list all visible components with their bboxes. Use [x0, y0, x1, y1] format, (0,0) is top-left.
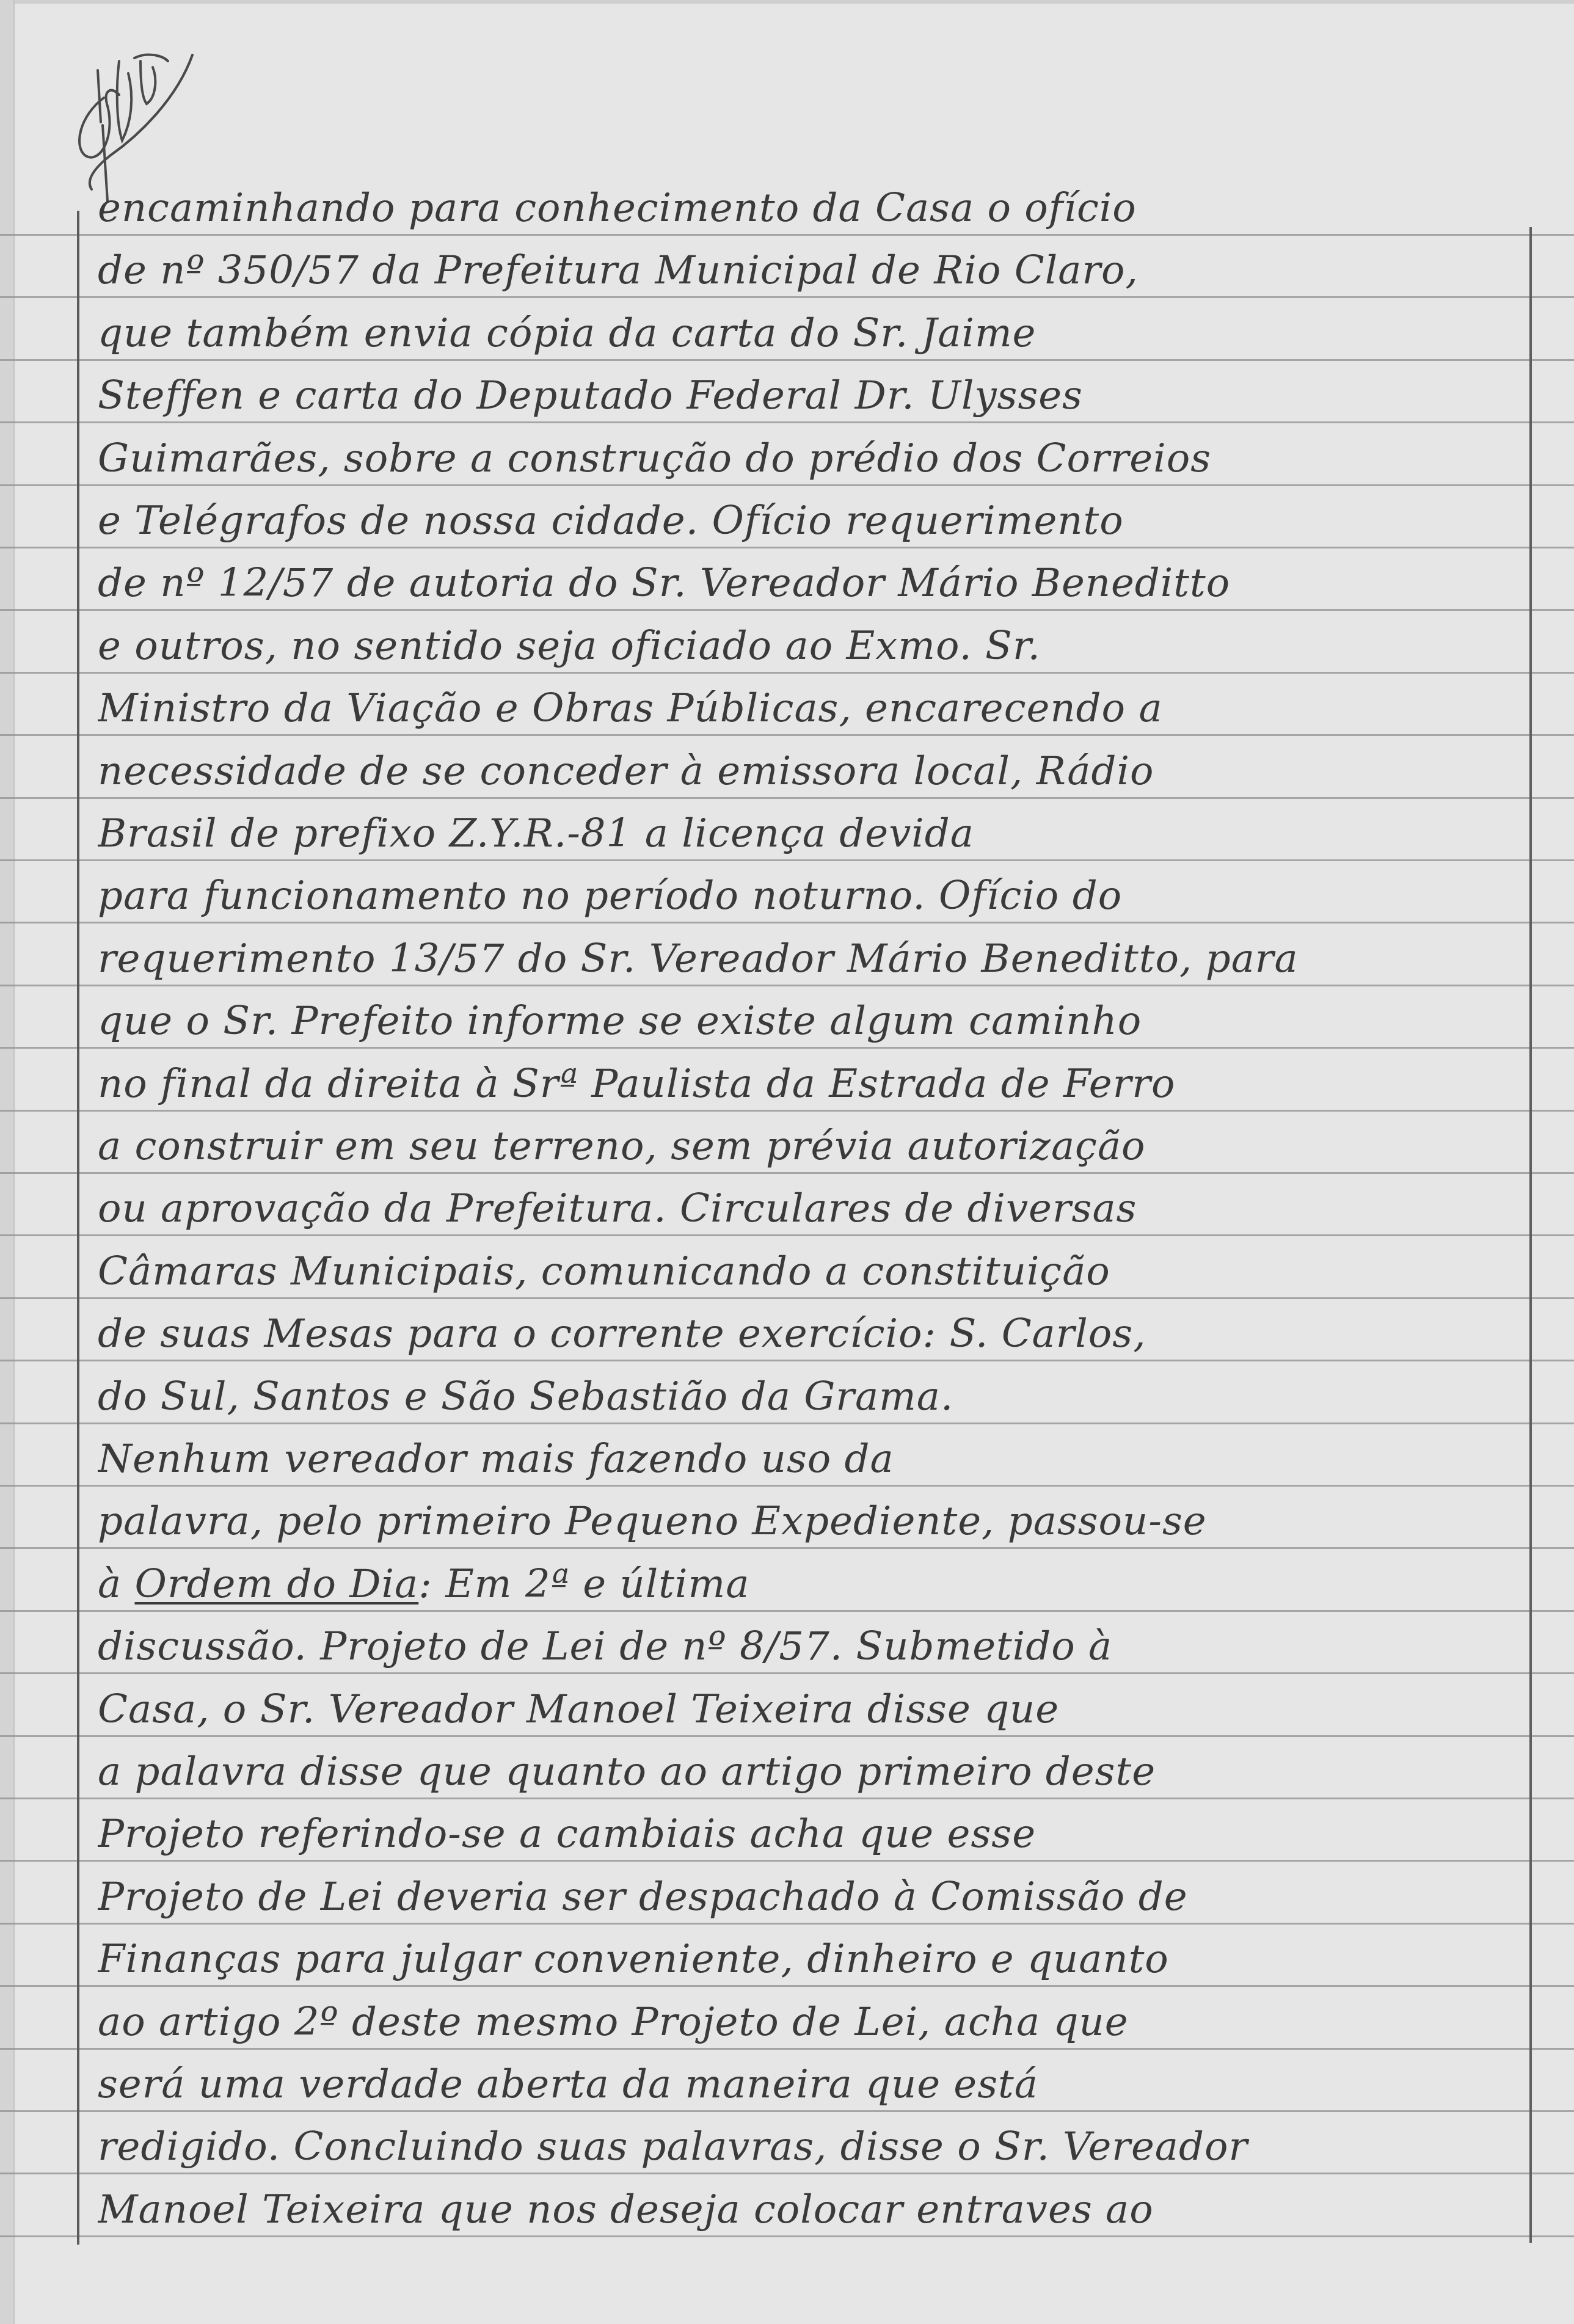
handwritten-line: no final da direita à Srª Paulista da Es… [98, 1054, 1521, 1115]
handwritten-line: à Ordem do Dia: Em 2ª e última [98, 1554, 1521, 1615]
handwritten-line: Ministro da Viação e Obras Públicas, enc… [98, 678, 1521, 739]
page-binding-shadow [13, 0, 15, 2324]
handwritten-line: discussão. Projeto de Lei de nº 8/57. Su… [98, 1616, 1521, 1677]
handwritten-line: Casa, o Sr. Vereador Manoel Teixeira dis… [98, 1679, 1521, 1740]
handwritten-line: e outros, no sentido seja oficiado ao Ex… [98, 616, 1521, 677]
page-binding-edge [0, 0, 15, 2324]
handwritten-line: palavra, pelo primeiro Pequeno Expedient… [98, 1491, 1521, 1552]
handwritten-line: Câmaras Municipais, comunicando a consti… [98, 1241, 1521, 1302]
handwritten-line: de suas Mesas para o corrente exercício:… [98, 1303, 1521, 1364]
right-margin-line [1529, 227, 1532, 2243]
handwritten-line: Projeto de Lei deveria ser despachado à … [98, 1867, 1521, 1928]
handwritten-line: que também envia cópia da carta do Sr. J… [98, 303, 1521, 364]
left-margin-line [77, 211, 79, 2245]
handwritten-line: requerimento 13/57 do Sr. Vereador Mário… [98, 928, 1521, 989]
handwritten-line: de nº 12/57 de autoria do Sr. Vereador M… [98, 553, 1521, 614]
handwritten-line: que o Sr. Prefeito informe se existe alg… [98, 991, 1521, 1052]
ledger-page: encaminhando para conhecimento da Casa o… [0, 0, 1574, 2324]
handwritten-line: a palavra disse que quanto ao artigo pri… [98, 1741, 1521, 1802]
handwritten-line: a construir em seu terreno, sem prévia a… [98, 1116, 1521, 1177]
handwritten-line: Projeto referindo-se a cambiais acha que… [98, 1804, 1521, 1865]
handwritten-line: encaminhando para conhecimento da Casa o… [98, 178, 1521, 239]
handwritten-line: ou aprovação da Prefeitura. Circulares d… [98, 1178, 1521, 1239]
handwritten-line: Guimarães, sobre a construção do prédio … [98, 428, 1521, 489]
handwritten-line: Manoel Teixeira que nos deseja colocar e… [98, 2179, 1521, 2240]
handwritten-line: ao artigo 2º deste mesmo Projeto de Lei,… [98, 1992, 1521, 2053]
underlined-heading: Ordem do Dia [135, 1562, 419, 1607]
handwritten-line: Brasil de prefixo Z.Y.R.-81 a licença de… [98, 803, 1521, 864]
handwritten-line: Steffen e carta do Deputado Federal Dr. … [98, 365, 1521, 426]
handwritten-line: será uma verdade aberta da maneira que e… [98, 2054, 1521, 2115]
handwritten-line: Nenhum vereador mais fazendo uso da [98, 1429, 1521, 1490]
handwritten-line: para funcionamento no período noturno. O… [98, 865, 1521, 927]
handwritten-line: Finanças para julgar conveniente, dinhei… [98, 1929, 1521, 1990]
handwritten-line: do Sul, Santos e São Sebastião da Grama. [98, 1366, 1521, 1427]
handwritten-line: necessidade de se conceder à emissora lo… [98, 741, 1521, 802]
page-top-edge [0, 0, 1574, 4]
handwritten-line: e Telégrafos de nossa cidade. Ofício req… [98, 490, 1521, 552]
signature-rubric-icon [73, 24, 208, 202]
handwritten-line: de nº 350/57 da Prefeitura Municipal de … [98, 240, 1521, 301]
handwritten-line: redigido. Concluindo suas palavras, diss… [98, 2116, 1521, 2177]
